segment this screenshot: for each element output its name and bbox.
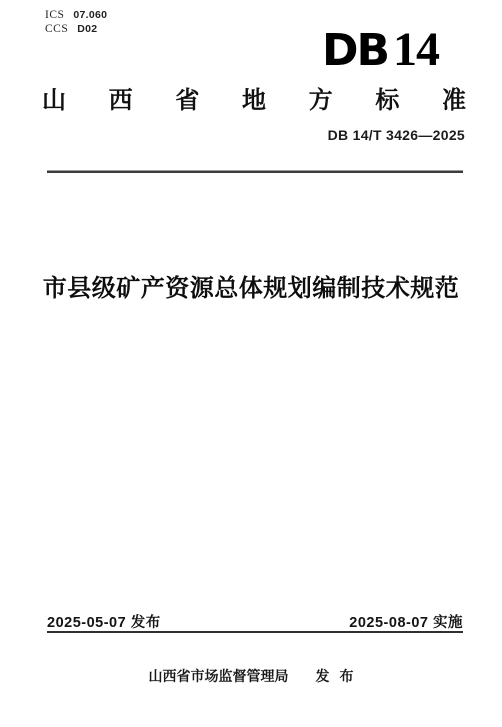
publisher-line: 山西省市场监督管理局 发布: [0, 666, 502, 686]
classification-codes: ICS 07.060 CCS D02: [45, 8, 107, 36]
ics-value: 07.060: [73, 8, 107, 22]
db14-logo-number: 14: [393, 23, 439, 76]
ccs-value: D02: [77, 22, 97, 36]
ics-label: ICS: [45, 8, 64, 22]
header-divider: [47, 170, 463, 173]
issue-date: 2025-05-07 发布: [47, 611, 161, 632]
ccs-label: CCS: [45, 22, 68, 36]
db14-logo-prefix: DB: [322, 25, 388, 76]
document-title: 市县级矿产资源总体规划编制技术规范: [0, 268, 502, 303]
date-row: 2025-05-07 发布 2025-08-07 实施: [47, 611, 463, 632]
ccs-code: CCS D02: [45, 22, 107, 36]
publish-label: 发布: [316, 666, 364, 686]
implement-date: 2025-08-07 实施: [349, 611, 463, 632]
standard-code: DB 14/T 3426—2025: [328, 127, 465, 143]
db14-logo: DB14: [322, 26, 439, 74]
footer-divider: [47, 631, 463, 633]
standard-cover-page: ICS 07.060 CCS D02 DB14 山西省地方标准 DB 14/T …: [0, 0, 502, 727]
publisher-name: 山西省市场监督管理局: [149, 666, 289, 686]
standard-type-heading: 山西省地方标准: [42, 80, 466, 115]
ics-code: ICS 07.060: [45, 8, 107, 22]
